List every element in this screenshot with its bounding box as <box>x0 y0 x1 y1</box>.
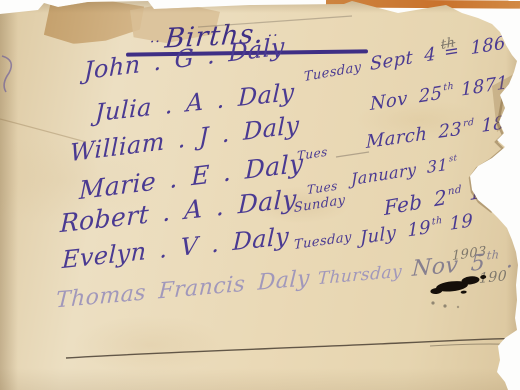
entry-date: March 23rd18 <box>366 112 505 153</box>
crease-main <box>66 338 520 358</box>
tape-repair-patch <box>44 0 144 44</box>
entry-date: Nov 25th1871 <box>370 72 509 115</box>
pencil-th-note: th <box>440 35 455 53</box>
pencil-dash-row3 <box>336 152 369 157</box>
pencil-dot <box>443 304 446 307</box>
left-edge-shadow <box>0 0 18 390</box>
entry-day: Tuesday <box>304 60 362 85</box>
ink-flourish <box>2 56 11 92</box>
crease-echo <box>430 344 519 346</box>
entry-date: Nov 5 <box>411 251 485 283</box>
entry-date: Sept 4= 186 <box>370 32 506 75</box>
right-edge-shadow <box>506 0 520 390</box>
paper-sheet: ..Births... John . G . Daly Tuesday Sept… <box>0 0 520 390</box>
title-dots: .. <box>150 30 162 47</box>
entry-date: July 19th19 <box>360 210 474 249</box>
births-register-scan: ..Births... John . G . Daly Tuesday Sept… <box>0 0 520 390</box>
pencil-dot <box>431 301 434 304</box>
entry-year: . 190 <box>506 243 520 274</box>
entry-name: Thomas Francis Daly <box>55 266 310 313</box>
entry-day: Tuesday <box>294 230 352 253</box>
entry-day: Sunday <box>294 193 346 216</box>
pencil-dot <box>457 306 459 308</box>
entry-day: Thursday <box>317 262 402 290</box>
bottom-edge-shadow <box>0 368 520 390</box>
